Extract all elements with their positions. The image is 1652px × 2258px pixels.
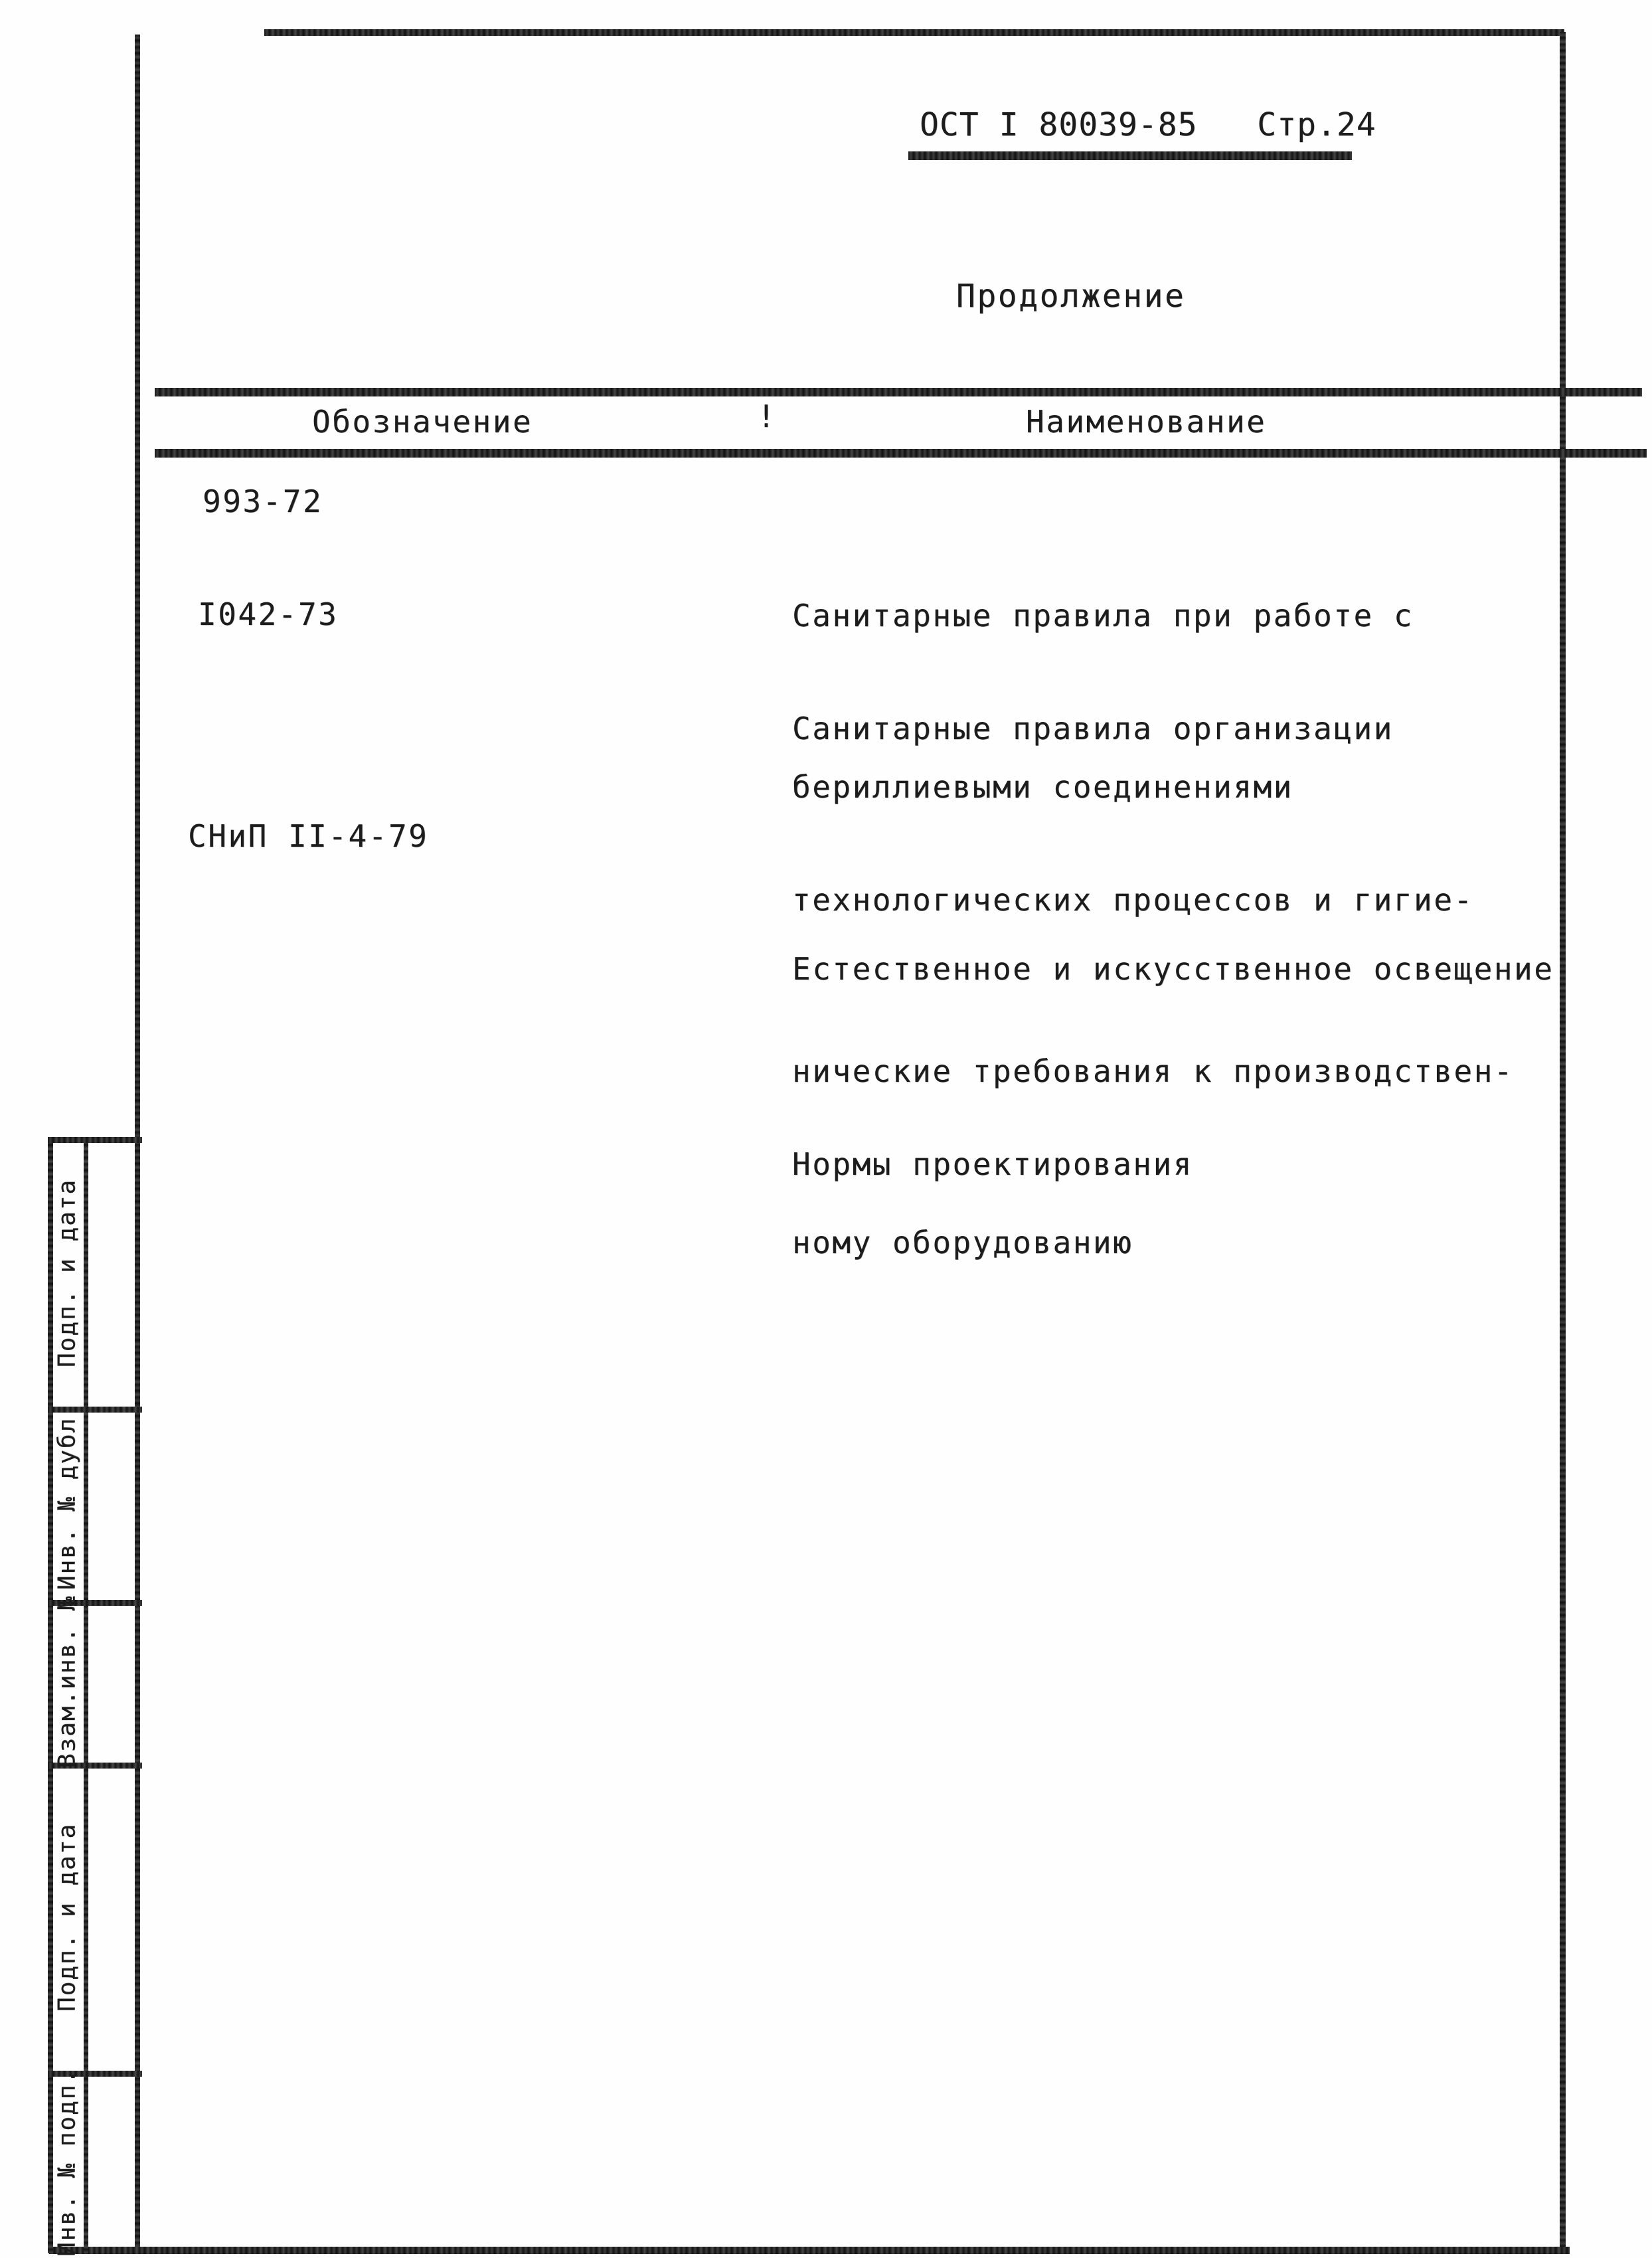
- frame-right-line: [1560, 32, 1566, 2250]
- row-designation: I042-73: [198, 596, 338, 632]
- document-reference-underline: [908, 151, 1352, 160]
- row-name-line: Санитарные правила организации: [792, 700, 1514, 757]
- frame-bottom-line: [49, 2247, 1570, 2254]
- column-separator-mark: !: [757, 398, 777, 434]
- frame-left-line: [135, 35, 140, 2253]
- column-header-name: Наименование: [1026, 404, 1266, 440]
- table-top-rule: [155, 388, 1642, 396]
- stamp-label-vzam-inv-no: Взам.инв. №: [54, 1595, 81, 1768]
- stamp-column-outer-line: [48, 1139, 53, 2253]
- stamp-divider: [48, 1407, 142, 1413]
- frame-top-line: [264, 29, 1564, 36]
- row-designation: СНиП II-4-79: [188, 818, 428, 854]
- stamp-label-podp-i-data: Подп. и дата: [54, 1179, 81, 1367]
- column-header-designation: Обозначение: [312, 404, 533, 440]
- document-reference: ОСТ I 80039-85 Стр.24: [920, 106, 1376, 143]
- stamp-label-inv-no-dubl: Инв. № дубл: [54, 1417, 81, 1590]
- row-designation: 993-72: [203, 483, 323, 519]
- row-name-text: Естественное и искусственное освещение Н…: [792, 806, 1554, 1327]
- row-name-line: Естественное и искусственное освещение: [792, 936, 1554, 1001]
- continuation-label: Продолжение: [956, 278, 1185, 315]
- table-header-rule: [155, 449, 1647, 458]
- scanned-document-page: ОСТ I 80039-85 Стр.24 Продолжение Обозна…: [0, 0, 1652, 2258]
- row-name-line: Нормы проектирования: [792, 1132, 1554, 1197]
- stamp-label-inv-no-podp: Инв. № подп.: [54, 2068, 81, 2257]
- stamp-column-top-edge: [48, 1137, 142, 1143]
- stamp-label-podp-i-data: Подп. и дата: [54, 1823, 81, 2012]
- stamp-column-inner-line: [84, 1139, 88, 2253]
